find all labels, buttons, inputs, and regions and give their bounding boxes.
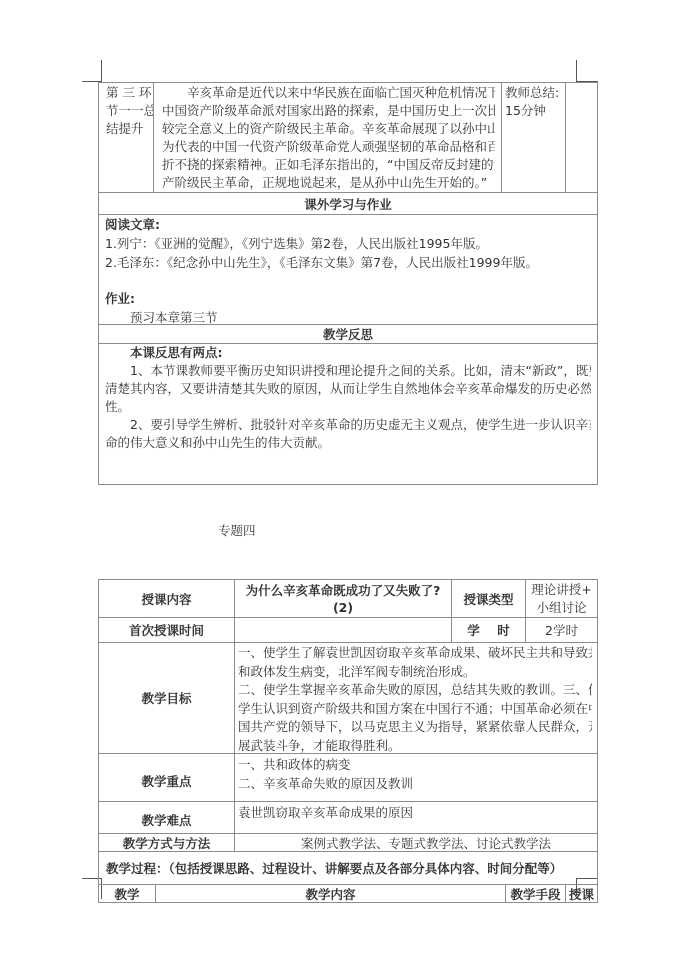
hours-value-cell: 2学时: [525, 617, 598, 643]
hours-label-cell: 学 时: [451, 617, 526, 643]
hours-label: 学 时: [467, 621, 509, 639]
methods-text: 案例式教学法、专题式教学法、讨论式教学法: [301, 834, 551, 852]
section-title: 专题四: [218, 522, 256, 540]
homework-cell: 阅读文章: 1.列宁：《亚洲的觉醒》，《列宁选集》第2卷，人民出版社1995年版…: [98, 214, 598, 325]
key-points-cell: 一、共和政体的病变 二、辛亥革命失败的原因及教训: [234, 753, 598, 802]
content-line: 较完全意义上的资产阶级民主革命。辛亥革命展现了以孙中山: [162, 120, 495, 138]
goal-line: 和政体发生病变，北洋军阀专制统治形成。: [238, 663, 592, 682]
process-label: 教学过程：（包括授课思路、过程设计、讲解要点及各部分具体内容、时间分配等）: [106, 861, 562, 876]
reading-item: 1.列宁：《亚洲的觉醒》，《列宁选集》第2卷，人民出版社1995年版。: [105, 234, 591, 253]
type-value-line: 理论讲授+: [526, 581, 597, 599]
key-point: 一、共和政体的病变: [238, 755, 592, 774]
key-points-label: 教学重点: [141, 772, 191, 790]
homework-header: 课外学习与作业: [98, 192, 598, 215]
goal-line: 展武装斗争，才能取得胜利。: [238, 737, 592, 755]
difficulty-cell: 袁世凯窃取辛亥革命成果的原因: [234, 801, 598, 834]
content-label-cell: 授课内容: [98, 579, 235, 618]
reading-label: 阅读文章:: [105, 215, 591, 234]
process-col-content-label: 教学内容: [305, 885, 355, 903]
difficulty-label-cell: 教学难点: [98, 801, 235, 834]
content-line: 为代表的中国一代资产阶级革命党人顽强坚韧的革命品格和百: [162, 138, 495, 156]
lesson-title-line: (2): [235, 599, 451, 616]
type-value-line: 小组讨论: [526, 599, 597, 617]
process-col-time: 授课: [565, 884, 598, 903]
reading-item: 2.毛泽东：《纪念孙中山先生》，《毛泽东文集》第7卷，人民出版社1999年版。: [105, 253, 591, 272]
assignment-text: 预习本章第三节: [105, 308, 591, 325]
reflection-header-text: 教学反思: [323, 325, 373, 343]
lesson-title-line: 为什么辛亥革命既成功了又失败了?: [235, 582, 451, 599]
content-line: 折不挠的探索精神。正如毛泽东指出的，“中国反帝反封建的资: [162, 156, 495, 174]
reflection-line: 清楚其内容，又要讲清楚其失败的原因，从而让学生自然地体会辛亥革命爆发的历史必然: [105, 380, 591, 398]
crop-mark-top-right-v: [576, 60, 577, 82]
goal-line: 二、使学生掌握辛亥革命失败的原因，总结其失败的教训。三、使: [238, 681, 592, 700]
type-label-cell: 授课类型: [451, 579, 526, 618]
process-col-stage-label: 教学: [114, 885, 139, 903]
crop-mark-top-left-v: [101, 60, 102, 82]
hours-value: 2学时: [545, 621, 578, 639]
reflection-line: 2、要引导学生辨析、批驳针对辛亥革命的历史虚无主义观点，使学生进一步认识辛亥革: [105, 416, 591, 434]
goals-label: 教学目标: [141, 689, 191, 707]
lesson-title-cell: 为什么辛亥革命既成功了又失败了? (2): [234, 579, 452, 618]
reflection-cell: 本课反思有两点: 1、本节课教师要平衡历史知识讲授和理论提升之间的关系。比如，清…: [98, 343, 598, 485]
key-points-label-cell: 教学重点: [98, 753, 235, 802]
method-line: 15分钟: [505, 102, 565, 120]
first-time-date-cell: 年 月 日: [234, 617, 452, 643]
process-col-means: 教学手段: [505, 884, 566, 903]
goals-label-cell: 教学目标: [98, 642, 235, 754]
process-col-means-label: 教学手段: [510, 885, 560, 903]
type-label: 授课类型: [463, 590, 513, 608]
time-cell-empty: [565, 82, 598, 193]
summary-content-cell: 辛亥革命是近代以来中华民族在面临亡国灭种危机情况下 中国资产阶级革命派对国家出路…: [153, 82, 502, 193]
content-line: 辛亥革命是近代以来中华民族在面临亡国灭种危机情况下: [162, 84, 495, 102]
content-line: 产阶级民主革命，正规地说起来，是从孙中山先生开始的。”: [162, 174, 495, 192]
homework-header-text: 课外学习与作业: [304, 195, 392, 213]
blank-line: [105, 272, 591, 289]
content-line: 中国资产阶级革命派对国家出路的探索，是中国历史上一次比: [162, 102, 495, 120]
stage-line: 结提升: [106, 120, 153, 138]
reflection-line: 性。: [105, 398, 591, 416]
difficulty-label: 教学难点: [141, 811, 191, 829]
goal-line: 一、使学生了解袁世凯因窃取辛亥革命成果、破坏民主共和导致共: [238, 644, 592, 663]
process-col-time-label: 授课: [569, 885, 594, 903]
difficulty-text: 袁世凯窃取辛亥革命成果的原因: [238, 803, 592, 822]
process-label-cell: 教学过程：（包括授课思路、过程设计、讲解要点及各部分具体内容、时间分配等）: [98, 851, 598, 885]
goal-line: 学生认识到资产阶级共和国方案在中国行不通；中国革命必须在中: [238, 700, 592, 719]
key-point: 二、辛亥革命失败的原因及教训: [238, 774, 592, 793]
stage-line: 节一一总: [106, 102, 153, 120]
goal-line: 国共产党的领导下，以马克思主义为指导，紧紧依靠人民群众，开: [238, 718, 592, 737]
first-time-label-cell: 首次授课时间: [98, 617, 235, 643]
content-label: 授课内容: [141, 590, 191, 608]
method-cell: 教师总结: 15分钟: [501, 82, 566, 193]
goals-content-cell: 一、使学生了解袁世凯因窃取辛亥革命成果、破坏民主共和导致共 和政体发生病变，北洋…: [234, 642, 598, 754]
reflection-line: 1、本节课教师要平衡历史知识讲授和理论提升之间的关系。比如，清末“新政”，既要讲: [105, 362, 591, 380]
reflection-intro: 本课反思有两点:: [105, 344, 591, 362]
reflection-header: 教学反思: [98, 324, 598, 344]
reflection-line: 命的伟大意义和孙中山先生的伟大贡献。: [105, 434, 591, 452]
methods-label: 教学方式与方法: [123, 834, 211, 852]
stage-cell: 第 三 环 节一一总 结提升: [98, 82, 154, 193]
stage-line: 第 三 环: [106, 84, 153, 102]
process-col-stage: 教学: [98, 884, 156, 903]
assignment-label: 作业:: [105, 289, 591, 308]
methods-label-cell: 教学方式与方法: [98, 833, 235, 852]
first-time-label: 首次授课时间: [129, 621, 204, 639]
methods-cell: 案例式教学法、专题式教学法、讨论式教学法: [234, 833, 598, 852]
process-col-content: 教学内容: [155, 884, 506, 903]
method-line: 教师总结:: [505, 84, 565, 102]
type-value-cell: 理论讲授+ 小组讨论: [525, 579, 598, 618]
